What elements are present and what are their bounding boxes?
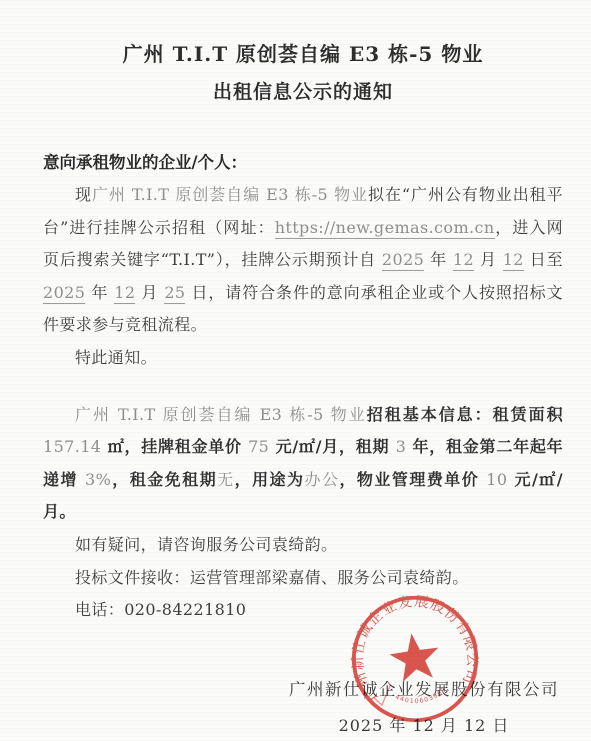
document-page: 广州 T.I.T 原创荟自编 E3 栋-5 物业 出租信息公示的通知 意向承租物… <box>0 0 591 741</box>
mgmt-fee-label: ，物业管理费单价 <box>339 470 486 489</box>
year-separator-2: 年 <box>85 283 114 302</box>
unit-price-value: 75 <box>248 437 269 456</box>
rent-free-value: 无 <box>217 470 234 489</box>
listing-end-day: 25 <box>164 283 185 304</box>
property-name: 广州 T.I.T 原创荟自编 E3 栋-5 物业 <box>75 405 367 424</box>
basic-info-label-intro: 招租基本信息：租赁面积 <box>367 405 563 424</box>
mgmt-fee-value: 10 <box>486 470 507 489</box>
month-separator-2: 月 <box>135 283 164 302</box>
phone-line: 电话：020-84221810 <box>43 594 563 627</box>
lease-area-value: 157.14 <box>43 437 101 456</box>
notice-close: 特此通知。 <box>43 342 563 375</box>
basic-info-paragraph: 广州 T.I.T 原创荟自编 E3 栋-5 物业招租基本信息：租赁面积 157.… <box>43 399 563 529</box>
listing-end-month: 12 <box>114 283 135 304</box>
company-name: 广州新仕诚企业发展股份有限公司 <box>289 677 559 703</box>
platform-url: https://new.gemas.com.cn <box>275 218 495 239</box>
unit-price-label: ㎡，挂牌租金单价 <box>101 437 248 456</box>
inquiry-line: 如有疑问，请咨询服务公司袁绮韵。 <box>43 529 563 562</box>
bid-receive-line: 投标文件接收：运营管理部梁嘉倩、服务公司袁绮韵。 <box>43 562 563 595</box>
signature-date: 2025 年 12 月 12 日 <box>289 714 559 738</box>
listing-end-year: 2025 <box>43 283 85 304</box>
document-title-line2: 出租信息公示的通知 <box>43 78 563 106</box>
listing-start-year: 2025 <box>382 250 424 271</box>
property-name: 广州 T.I.T 原创荟自编 E3 栋-5 物业 <box>92 185 368 204</box>
increase-value: 3% <box>85 470 111 489</box>
notice-lead: 现 <box>75 185 92 204</box>
usage-label: ，用途为 <box>235 470 305 489</box>
month-separator-1: 月 <box>474 250 503 269</box>
signature-block: 广州新仕诚企业发展股份有限公司 2025 年 12 月 12 日 <box>289 677 559 738</box>
document-content: 广州 T.I.T 原创荟自编 E3 栋-5 物业 出租信息公示的通知 意向承租物… <box>0 0 591 738</box>
usage-value: 办公 <box>305 470 340 489</box>
to-separator: 日至 <box>524 250 563 269</box>
listing-start-day: 12 <box>503 250 524 271</box>
rent-free-label: ，租金免租期 <box>111 470 217 489</box>
notice-paragraph: 现广州 T.I.T 原创荟自编 E3 栋-5 物业拟在“广州公有物业出租平台”进… <box>43 179 563 342</box>
listing-start-month: 12 <box>453 250 474 271</box>
salutation: 意向承租物业的企业/个人： <box>43 146 563 179</box>
term-label: 元/㎡/月，租期 <box>269 437 395 456</box>
document-title-line1: 广州 T.I.T 原创荟自编 E3 栋-5 物业 <box>43 40 563 68</box>
term-value: 3 <box>396 437 407 456</box>
year-separator-1: 年 <box>424 250 453 269</box>
